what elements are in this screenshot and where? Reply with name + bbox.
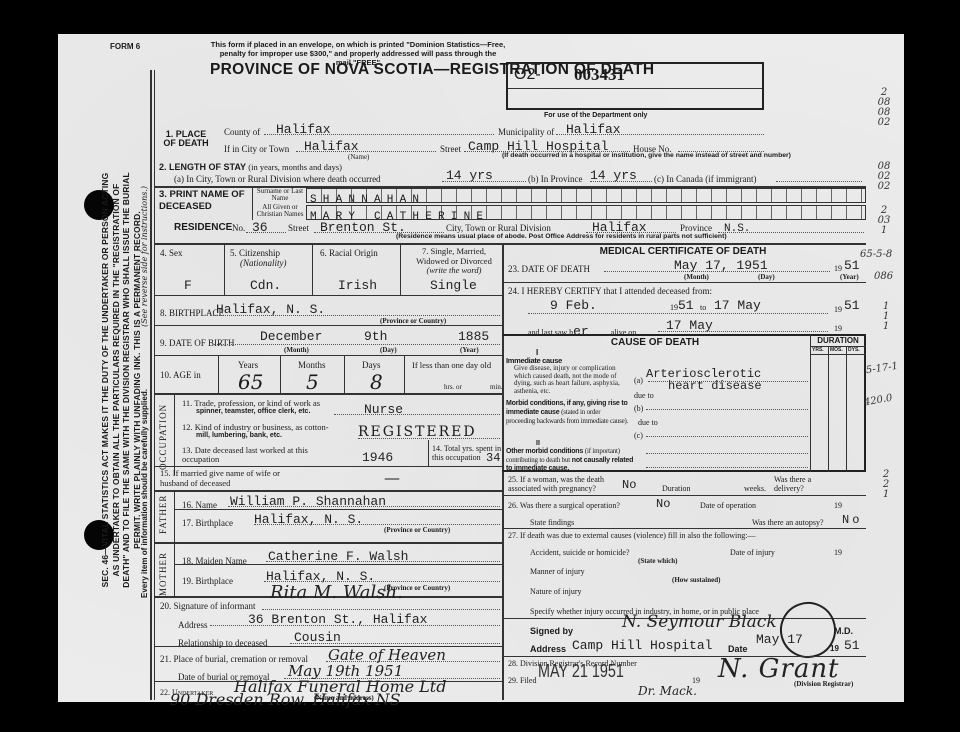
municipality-field: Halifax: [556, 120, 764, 135]
other-line-1: [646, 444, 808, 454]
surname-boxes: SHANNAHAN: [306, 188, 866, 203]
city-sublabel: (Name): [348, 153, 369, 161]
q25-value: No: [622, 478, 636, 492]
filed-stamp: MAY 21 1951: [538, 661, 624, 682]
sex-value: F: [184, 278, 192, 293]
industry-field: REGISTERED: [358, 423, 500, 439]
residence-street-label: Street: [288, 223, 309, 233]
alive-on-value: 17 May: [666, 318, 713, 333]
divider: [154, 393, 502, 395]
marital-status-value: Single: [430, 278, 477, 293]
age-months-value: 5: [306, 370, 319, 394]
to-year-prefix: 19: [834, 305, 842, 314]
city-field: Halifax: [296, 137, 436, 152]
residence-street: Brenton St.: [320, 220, 406, 235]
signoff-address-label: Address: [530, 644, 566, 654]
trade-field: Nurse: [334, 400, 500, 415]
how-sustained-label: (How sustained): [672, 576, 720, 584]
informant-signature-line: [262, 595, 500, 610]
immediate-cause-text: Give disease, injury or complication whi…: [514, 365, 626, 395]
record-prefix: O2-: [514, 66, 541, 84]
pregnancy-duration-label: Duration: [662, 484, 690, 493]
divider: [154, 325, 502, 326]
margin-note: 1: [880, 322, 892, 332]
spouse-label: 15. If married give name of wife or husb…: [160, 469, 300, 488]
q29-label: 29. Filed: [508, 676, 536, 685]
street-field: Camp Hill Hospital: [464, 137, 630, 152]
divider: [312, 243, 313, 295]
form-number: FORM 6: [110, 42, 140, 51]
dob-field: December 9th 1885: [214, 329, 500, 345]
autopsy-label: Was there an autopsy?: [752, 518, 824, 527]
days-label: Days: [362, 360, 381, 370]
attended-from: 9 Feb.: [550, 298, 597, 313]
stay-city-field: 14 yrs: [442, 166, 526, 182]
citizenship-value: Cdn.: [250, 278, 281, 293]
occupation-section-label: OCCUPATION: [158, 404, 168, 470]
injury-date-label: Date of injury: [730, 548, 775, 557]
section-two-label: II: [536, 440, 540, 447]
residence-province-label: Province: [680, 223, 712, 233]
length-of-stay-sublabel: (in years, months and days): [248, 162, 342, 172]
citizenship-label: 5. Citizenship (Nationality): [230, 248, 310, 268]
margin-note-date-code: 5-17-1: [865, 362, 898, 376]
q25-label: 25. If a woman, was the death associated…: [508, 475, 638, 493]
margin-note: 1: [880, 490, 892, 500]
dob-month: December: [260, 329, 322, 344]
divider: [154, 243, 866, 245]
op-date-label: Date of operation: [700, 501, 756, 510]
signoff-date-label: Date: [728, 644, 748, 654]
residence-label: RESIDENCE: [174, 222, 232, 233]
months-label: Months: [298, 360, 326, 370]
margin-note-age: 65-5-8: [860, 250, 892, 260]
death-day-sublabel: (Day): [758, 273, 775, 281]
footer-note: Every item of information should be care…: [140, 158, 149, 598]
age-label: 10. AGE in: [160, 370, 201, 380]
md-label: M.D.: [834, 626, 853, 636]
industry-sublabel: mill, lumbering, bank, etc.: [196, 432, 282, 439]
date-of-death-field: May 17, 1951: [604, 256, 830, 272]
mother-section-label: MOTHER: [158, 552, 168, 596]
stay-province-field: 14 yrs: [590, 166, 652, 182]
other-label-text: Other morbid conditions: [506, 448, 583, 455]
q26-value: No: [656, 497, 670, 511]
marital-sublabel: (write the word): [427, 265, 482, 275]
death-year: 51: [844, 258, 860, 273]
other-line-2: [646, 458, 808, 468]
father-birthplace-label: 17. Birthplace: [182, 518, 233, 528]
other-conditions-label: Other morbid conditions (if important) c…: [506, 447, 634, 473]
duration-label: DURATION: [811, 336, 865, 345]
city-label: If in City or Town: [224, 144, 289, 154]
informant-address-value: 36 Brenton St., Halifax: [248, 612, 427, 627]
divider: [810, 354, 866, 355]
cause-of-death-title: CAUSE OF DEATH: [502, 337, 808, 348]
relationship-value: Cousin: [294, 630, 341, 645]
manner-label: Manner of injury: [530, 567, 585, 576]
industry-value: REGISTERED: [358, 424, 477, 440]
divider: [174, 393, 175, 475]
margin-notes-top: 2 08 08 02: [874, 88, 894, 128]
nature-label: Nature of injury: [530, 587, 582, 596]
street-note: (If death occurred in a hospital or inst…: [502, 152, 791, 159]
place-of-death-label: 1. PLACE OF DEATH: [159, 130, 213, 148]
duration-divider: [828, 346, 829, 472]
q26-label: 26. Was there a surgical operation?: [508, 501, 620, 510]
father-birthplace-sublabel: (Province or Country): [384, 526, 450, 534]
deceased-name-label: 3. PRINT NAME OF DECEASED: [159, 189, 249, 213]
total-years-value: 34: [486, 451, 500, 465]
stay-city-label: (a) In City, Town or Rural Division wher…: [174, 174, 381, 184]
delivery-label: Was there a delivery?: [774, 475, 834, 493]
divider: [174, 542, 175, 598]
month-sublabel: (Month): [284, 346, 309, 354]
house-no-field: [678, 137, 764, 152]
maiden-name-value: Catherine F. Walsh: [268, 549, 408, 564]
alive-on-field: 17 May: [658, 316, 828, 332]
alive-year-prefix: 19: [834, 324, 842, 333]
weeks-label: weeks.: [744, 484, 766, 493]
margin-notes-stay: 08 02 02: [874, 162, 894, 192]
statute-text: SEC. 46—VITAL STATISTICS ACT MAKES IT TH…: [100, 170, 142, 590]
registrar-label: (Division Registrar): [794, 680, 853, 688]
residence-city-label: City, Town or Rural Division: [446, 223, 551, 233]
frame-left-border: [150, 70, 152, 700]
informant-address-field: 36 Brenton St., Halifax: [210, 610, 500, 626]
due-to-label: due to: [634, 391, 654, 400]
day-sublabel: (Day): [380, 346, 397, 354]
signed-by-label: Signed by: [530, 626, 573, 636]
father-name-field: William P. Shannahan: [228, 492, 500, 507]
accident-label: Accident, suicide or homicide?: [530, 548, 630, 557]
informant-address-label: Address: [178, 620, 208, 630]
last-worked-label: 13. Date deceased last worked at this oc…: [182, 446, 322, 464]
hrs-label: hrs. or: [444, 383, 462, 391]
certify-label: 24. I HEREBY CERTIFY that I attended dec…: [508, 286, 712, 296]
divider: [428, 440, 429, 466]
municipality-value: Halifax: [566, 122, 621, 137]
min-label: min.: [490, 383, 503, 391]
to-label: to: [700, 303, 706, 312]
attended-to: 17 May: [714, 298, 761, 313]
trade-sublabel: spinner, teamster, office clerk, etc.: [196, 408, 310, 415]
stay-province-value: 14 yrs: [590, 168, 637, 183]
margin-note: 02: [874, 182, 894, 192]
divider: [174, 564, 502, 565]
attended-field: 9 Feb. 19 51 to 17 May: [528, 298, 828, 314]
instructions-note: (See reverse side for instructions.): [140, 186, 149, 327]
county-label: County of: [224, 127, 260, 137]
statute-sidebar: SEC. 46—VITAL STATISTICS ACT MAKES IT TH…: [78, 130, 156, 650]
spouse-value: —: [384, 468, 400, 487]
divider: [400, 243, 401, 295]
cause-a-label: (a): [634, 376, 643, 385]
margin-note-cause: 420.0: [863, 394, 893, 409]
cause-b-line: [646, 400, 808, 410]
margin-note: 1: [874, 226, 894, 236]
residence-number: 36: [252, 220, 268, 235]
sex-label: 4. Sex: [160, 248, 183, 258]
divider: [174, 490, 175, 542]
cause-a-line2: heart disease: [668, 379, 762, 393]
divider: [154, 355, 502, 356]
county-value: Halifax: [276, 122, 331, 137]
attended-from-year: 51: [678, 298, 694, 313]
footer-note-text: Every item of information should be care…: [140, 389, 149, 598]
due-to-label-2: due to: [638, 418, 658, 427]
father-birthplace-field: Halifax, N. S.: [254, 510, 500, 525]
death-registration-form: SEC. 46—VITAL STATISTICS ACT MAKES IT TH…: [58, 34, 904, 702]
citizenship-sublabel: (Nationality): [240, 258, 287, 268]
length-of-stay-row: 2. LENGTH OF STAY (in years, months and …: [159, 162, 342, 172]
date-of-death-label: 23. DATE OF DEATH: [508, 264, 590, 274]
divider: [404, 355, 405, 393]
margin-notes-bottom: 2 2 1: [880, 470, 892, 500]
surname-label: Surname or Last Name: [254, 188, 306, 202]
signoff-year: 51: [844, 638, 860, 653]
father-birthplace-value: Halifax, N. S.: [254, 512, 363, 527]
duration-mos: MOS.: [830, 347, 843, 353]
divider: [154, 466, 502, 467]
racial-origin-value: Irish: [338, 278, 377, 293]
date-of-death-value: May 17, 1951: [674, 258, 768, 273]
last-worked-value: 1946: [362, 450, 393, 465]
municipality-label: Municipality of: [498, 127, 554, 137]
burial-place-field: Gate of Heaven: [326, 646, 500, 662]
mother-birthplace-field: Halifax, N. S.: [264, 567, 500, 582]
divider: [502, 495, 866, 496]
residence-no-label: No.: [232, 223, 245, 233]
divider: [218, 355, 219, 393]
year-sublabel: (Year): [460, 346, 479, 354]
divider: [252, 186, 253, 220]
dob-day: 9th: [364, 329, 387, 344]
divider: [280, 355, 281, 393]
years-label: Years: [238, 360, 258, 370]
divider: [154, 295, 502, 296]
marital-label-text: 7. Single, Married, Widowed or Divorced: [416, 246, 492, 266]
stay-canada-field: [776, 166, 862, 182]
divider: [502, 528, 866, 529]
morbid-conditions-label: Morbid conditions, if any, giving rise t…: [506, 400, 630, 426]
record-number: 003431: [574, 65, 625, 85]
record-box-divider: [508, 88, 762, 89]
trade-label: 11. Trade, profession, or kind of work a…: [182, 398, 320, 408]
birthplace-value: Halifax, N. S.: [216, 302, 325, 317]
duration-divider: [846, 346, 847, 472]
birthplace-field: Halifax, N. S.: [210, 300, 500, 316]
marital-status-label: 7. Single, Married, Widowed or Divorced …: [406, 247, 502, 276]
stay-city-value: 14 yrs: [446, 168, 493, 183]
mother-birthplace-label: 19. Birthplace: [182, 576, 233, 586]
residence-city-field: Halifax: [586, 218, 676, 233]
frame-left-border-inner: [154, 70, 155, 700]
father-section-label: FATHER: [158, 495, 168, 534]
county-field: Halifax: [264, 120, 494, 135]
physician-signature: N. Seymour Black: [622, 612, 777, 632]
cause-c-line: [646, 427, 808, 437]
age-years-value: 65: [238, 370, 263, 394]
birthplace-sublabel: (Province or Country): [380, 317, 446, 325]
residence-no-field: 36: [246, 218, 286, 233]
divider: [502, 282, 866, 283]
cause-c-label: (c): [634, 431, 643, 440]
dr-note: Dr. Mack.: [638, 684, 697, 698]
maiden-name-field: Catherine F. Walsh: [266, 547, 500, 562]
age-days-value: 8: [370, 370, 383, 394]
length-of-stay-label: 2. LENGTH OF STAY: [159, 162, 246, 172]
death-year-prefix: 19: [834, 264, 842, 273]
department-note: For use of the Department only: [544, 112, 647, 119]
death-year-sublabel: (Year): [840, 273, 859, 281]
residence-street-field: Brenton St.: [314, 218, 444, 233]
divider: [224, 243, 225, 295]
duration-dys: DYS.: [848, 347, 860, 353]
father-name-value: William P. Shannahan: [230, 494, 386, 509]
residence-province-field: N.S.: [718, 218, 864, 233]
signoff-address: Camp Hill Hospital: [572, 638, 712, 653]
residence-note: (Residence means usual place of abode. P…: [396, 233, 727, 240]
given-names-label: All Given or Christian Names: [254, 204, 306, 218]
trade-value: Nurse: [364, 402, 403, 417]
record-number-box: O2- 003431: [506, 62, 764, 110]
divider: [344, 355, 345, 393]
street-label: Street: [440, 144, 461, 154]
infant-label: If less than one day old: [412, 360, 491, 370]
residence-province: N.S.: [724, 223, 750, 235]
relationship-field: Cousin: [290, 628, 500, 644]
autopsy-value: No: [842, 513, 862, 527]
stay-canada-label: (c) In Canada (if immigrant): [654, 174, 756, 184]
injury-year-prefix: 19: [834, 548, 842, 557]
racial-origin-label: 6. Racial Origin: [320, 248, 378, 258]
divider: [154, 542, 502, 544]
findings-label: State findings: [530, 518, 574, 527]
margin-note: 02: [874, 118, 894, 128]
duration-yrs: YRS.: [812, 347, 824, 353]
citizenship-label-text: 5. Citizenship: [230, 248, 280, 258]
attended-to-year: 51: [844, 298, 860, 313]
margin-note-dob: 086: [874, 272, 893, 282]
city-value: Halifax: [304, 139, 359, 154]
undertaker-address: 90 Dresden Row. Halifax NS: [170, 690, 401, 709]
margin-notes-name: 2 03 1: [874, 206, 894, 236]
dob-year: 1885: [458, 329, 489, 344]
death-month-sublabel: (Month): [684, 273, 709, 281]
margin-notes-death: 1 1 1: [880, 302, 892, 332]
stay-province-label: (b) In Province: [528, 174, 582, 184]
cause-b-label: (b): [634, 404, 643, 413]
state-which-label: (State which): [638, 557, 677, 565]
q27-label: 27. If death was due to external causes …: [508, 531, 755, 540]
industry-label: 12. Kind of industry or business, as cot…: [182, 422, 329, 432]
op-year-prefix: 19: [834, 501, 842, 510]
